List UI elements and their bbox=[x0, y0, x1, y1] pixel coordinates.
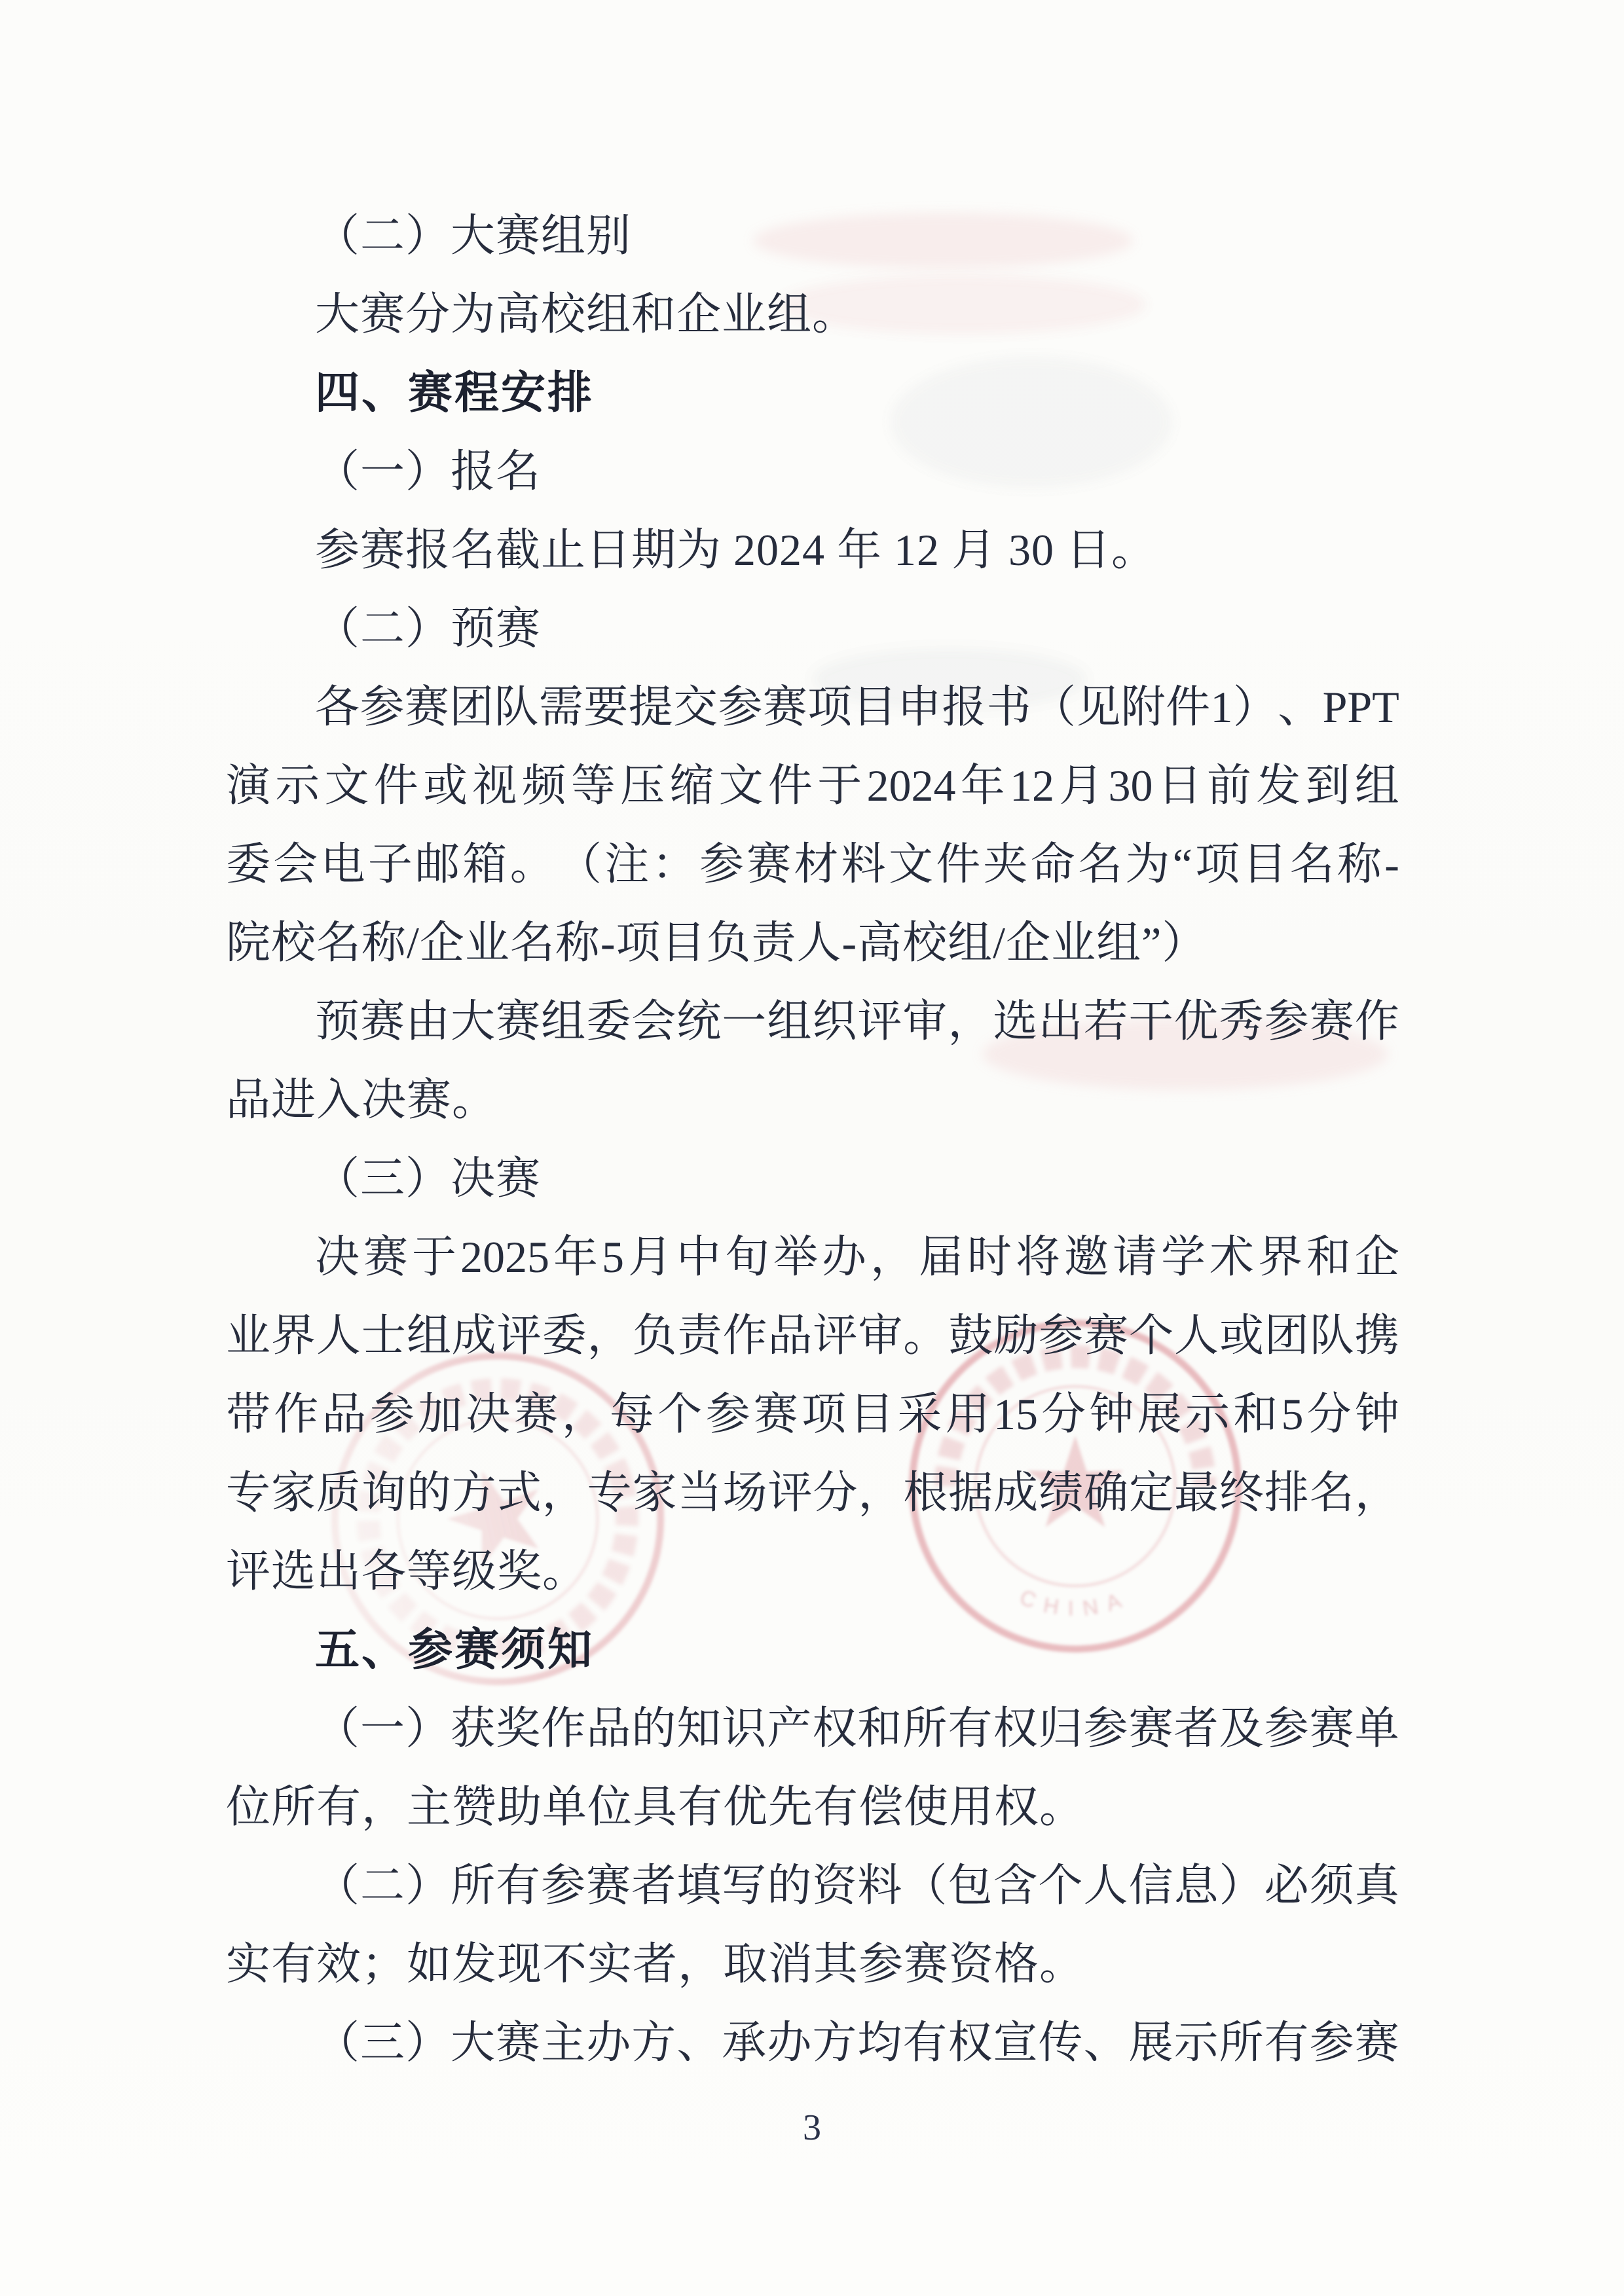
text-line: 决赛于2025年5月中旬举办，届时将邀请学术界和企 bbox=[226, 1218, 1399, 1296]
text-line: （三）大赛主办方、承办方均有权宣传、展示所有参赛 bbox=[226, 2003, 1399, 2082]
scanned-document-page: CHINA （二）大赛组别大赛分为高校组和企业组。四、赛程安排（一）报名参赛报名… bbox=[0, 0, 1624, 2296]
text-line: （二）预赛 bbox=[226, 589, 1399, 668]
text-line: 委会电子邮箱。（注：参赛材料文件夹命名为“项目名称- bbox=[226, 825, 1399, 903]
text-line: 实有效；如发现不实者，取消其参赛资格。 bbox=[226, 1925, 1399, 2003]
text-line: 专家质询的方式，专家当场评分，根据成绩确定最终排名， bbox=[226, 1453, 1399, 1532]
text-line: 大赛分为高校组和企业组。 bbox=[226, 275, 1399, 354]
text-line: （一）获奖作品的知识产权和所有权归参赛者及参赛单 bbox=[226, 1689, 1399, 1768]
text-line: 预赛由大赛组委会统一组织评审，选出若干优秀参赛作 bbox=[226, 982, 1399, 1061]
text-line: 位所有，主赞助单位具有优先有偿使用权。 bbox=[226, 1768, 1399, 1846]
text-line: 评选出各等级奖。 bbox=[226, 1532, 1399, 1611]
text-line: 品进入决赛。 bbox=[226, 1061, 1399, 1139]
section-heading-line: 五、参赛须知 bbox=[226, 1611, 1399, 1689]
text-line: 院校名称/企业名称-项目负责人-高校组/企业组”） bbox=[226, 903, 1399, 982]
text-line: 演示文件或视频等压缩文件于2024年12月30日前发到组 bbox=[226, 746, 1399, 825]
text-line: 参赛报名截止日期为 2024 年 12 月 30 日。 bbox=[226, 511, 1399, 589]
text-block: （二）大赛组别大赛分为高校组和企业组。四、赛程安排（一）报名参赛报名截止日期为 … bbox=[226, 196, 1399, 2082]
page-number: 3 bbox=[0, 2107, 1624, 2149]
text-line: 业界人士组成评委，负责作品评审。鼓励参赛个人或团队携 bbox=[226, 1296, 1399, 1375]
text-line: 各参赛团队需要提交参赛项目申报书（见附件1）、PPT bbox=[226, 668, 1399, 746]
text-line: （一）报名 bbox=[226, 432, 1399, 511]
text-line: 带作品参加决赛，每个参赛项目采用15分钟展示和5分钟 bbox=[226, 1375, 1399, 1453]
text-line: （二）大赛组别 bbox=[226, 196, 1399, 275]
section-heading-line: 四、赛程安排 bbox=[226, 354, 1399, 432]
text-line: （二）所有参赛者填写的资料（包含个人信息）必须真 bbox=[226, 1846, 1399, 1925]
text-line: （三）决赛 bbox=[226, 1139, 1399, 1218]
